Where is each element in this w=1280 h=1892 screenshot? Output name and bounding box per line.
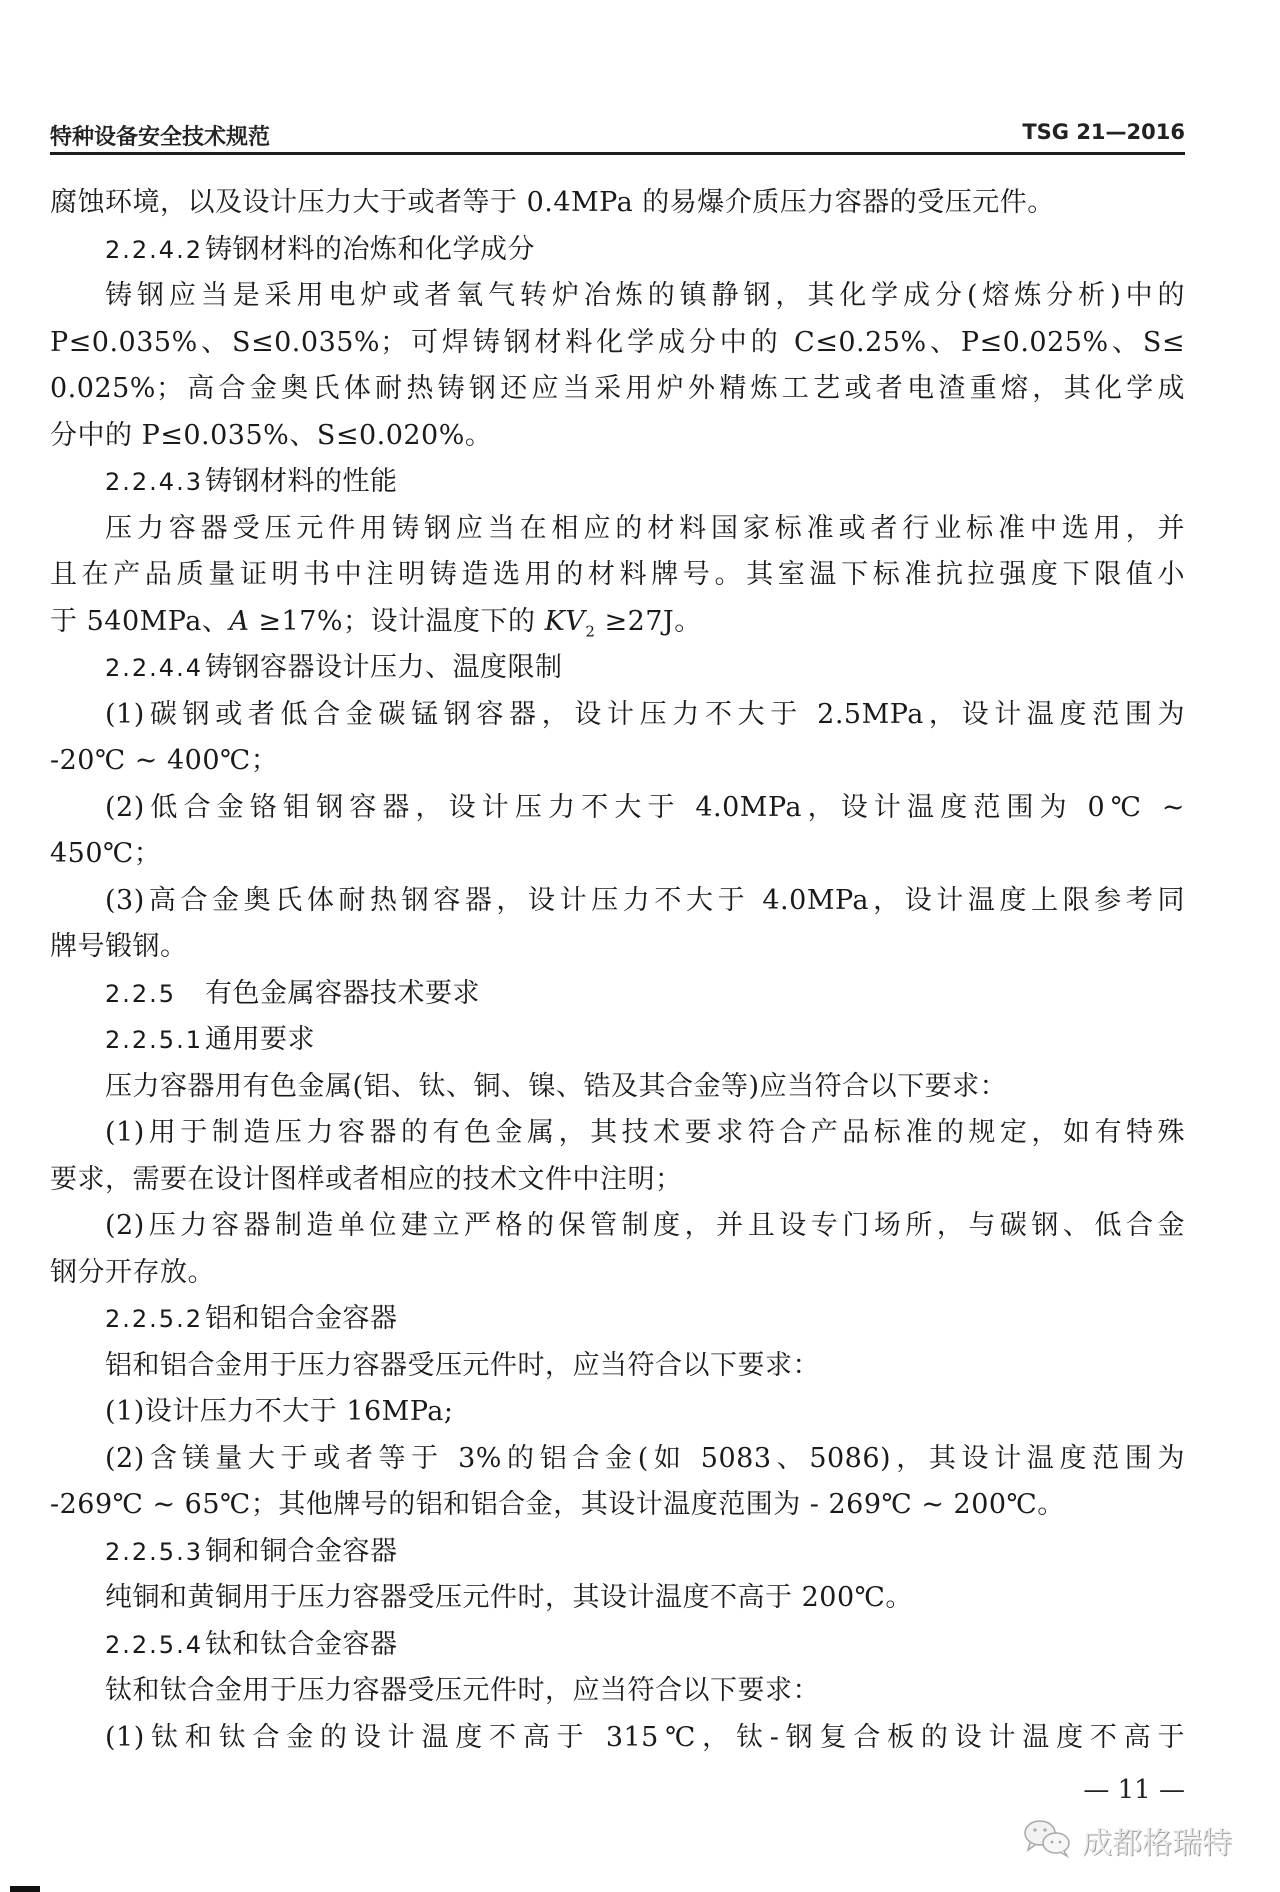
paragraph-line: 钛和钛合金用于压力容器受压元件时，应当符合以下要求：: [50, 1668, 1185, 1715]
section-number: 2.2.4.2: [105, 227, 205, 274]
text-run: 于 540MPa、: [50, 606, 229, 637]
section-title: 铸钢容器设计压力、温度限制: [205, 652, 563, 683]
paragraph-line: 腐蚀环境，以及设计压力大于或者等于 0.4MPa 的易爆介质压力容器的受压元件。: [50, 180, 1185, 227]
paragraph-line: -269℃ ~ 65℃；其他牌号的铝和铝合金，其设计温度范围为 - 269℃ ~…: [50, 1482, 1185, 1529]
paragraph-line: (3)高合金奥氏体耐热钢容器，设计压力不大于 4.0MPa，设计温度上限参考同: [50, 878, 1185, 925]
paragraph-line: 且在产品质量证明书中注明铸造选用的材料牌号。其室温下标准抗拉强度下限值小: [50, 552, 1185, 599]
section-heading-2-2-4-2: 2.2.4.2铸钢材料的冶炼和化学成分: [50, 227, 1185, 274]
paragraph-line: 于 540MPa、A ≥17%；设计温度下的 KV2 ≥27J。: [50, 599, 1185, 646]
paragraph-line: (2)压力容器制造单位建立严格的保管制度，并且设专门场所，与碳钢、低合金: [50, 1203, 1185, 1250]
section-title: 通用要求: [205, 1024, 315, 1055]
paragraph-line: 纯铜和黄铜用于压力容器受压元件时，其设计温度不高于 200℃。: [50, 1575, 1185, 1622]
section-title: 铸钢材料的冶炼和化学成分: [205, 234, 535, 265]
paragraph-line: 铸钢应当是采用电炉或者氧气转炉冶炼的镇静钢，其化学成分(熔炼分析)中的: [50, 273, 1185, 320]
header-title: 特种设备安全技术规范: [50, 120, 270, 151]
section-title: 铸钢材料的性能: [205, 466, 398, 497]
section-number: 2.2.4.3: [105, 459, 205, 506]
watermark: 成都格瑞特: [1022, 1820, 1232, 1860]
paragraph-line: 要求，需要在设计图样或者相应的技术文件中注明；: [50, 1157, 1185, 1204]
paragraph-line: 牌号锻钢。: [50, 924, 1185, 971]
page-body: 腐蚀环境，以及设计压力大于或者等于 0.4MPa 的易爆介质压力容器的受压元件。…: [50, 180, 1185, 1761]
section-title: 有色金属容器技术要求: [205, 978, 480, 1009]
symbol-impact-energy: KV: [545, 606, 586, 637]
watermark-text: 成都格瑞特: [1082, 1818, 1232, 1862]
section-number: 2.2.5.3: [105, 1529, 205, 1576]
paragraph-line: (2)含镁量大于或者等于 3%的铝合金(如 5083、5086)，其设计温度范围…: [50, 1436, 1185, 1483]
section-heading-2-2-5-3: 2.2.5.3铜和铜合金容器: [50, 1529, 1185, 1576]
header-standard-code: TSG 21—2016: [1022, 120, 1185, 144]
wechat-icon: [1022, 1818, 1074, 1862]
paragraph-line: 钢分开存放。: [50, 1250, 1185, 1297]
section-heading-2-2-4-4: 2.2.4.4铸钢容器设计压力、温度限制: [50, 645, 1185, 692]
section-number: 2.2.5.1: [105, 1017, 205, 1064]
paragraph-line: (2)低合金铬钼钢容器，设计压力不大于 4.0MPa，设计温度范围为 0℃ ~: [50, 785, 1185, 832]
paragraph-line: 铝和铝合金用于压力容器受压元件时，应当符合以下要求：: [50, 1343, 1185, 1390]
section-heading-2-2-4-3: 2.2.4.3铸钢材料的性能: [50, 459, 1185, 506]
section-number: 2.2.5.2: [105, 1296, 205, 1343]
paragraph-line: 分中的 P≤0.035%、S≤0.020%。: [50, 413, 1185, 460]
paragraph-line: 压力容器用有色金属(铝、钛、铜、镍、锆及其合金等)应当符合以下要求：: [50, 1064, 1185, 1111]
section-heading-2-2-5: 2.2.5有色金属容器技术要求: [50, 971, 1185, 1018]
paragraph-line: (1)设计压力不大于 16MPa;: [50, 1389, 1185, 1436]
paragraph-line: -20℃ ~ 400℃；: [50, 738, 1185, 785]
section-heading-2-2-5-2: 2.2.5.2铝和铝合金容器: [50, 1296, 1185, 1343]
section-heading-2-2-5-1: 2.2.5.1通用要求: [50, 1017, 1185, 1064]
section-title: 铝和铝合金容器: [205, 1303, 398, 1334]
paragraph-line: 0.025%；高合金奥氏体耐热铸钢还应当采用炉外精炼工艺或者电渣重熔，其化学成: [50, 366, 1185, 413]
section-title: 钛和钛合金容器: [205, 1629, 398, 1660]
section-number: 2.2.4.4: [105, 645, 205, 692]
paragraph-line: 450℃；: [50, 831, 1185, 878]
scan-artifact: [10, 1886, 40, 1892]
subscript: 2: [585, 622, 595, 640]
paragraph-line: (1)用于制造压力容器的有色金属，其技术要求符合产品标准的规定，如有特殊: [50, 1110, 1185, 1157]
header-rule: [50, 152, 1185, 155]
paragraph-line: (1)钛和钛合金的设计温度不高于 315℃，钛-钢复合板的设计温度不高于: [50, 1715, 1185, 1762]
symbol-elongation: A: [229, 606, 249, 637]
paragraph-line: 压力容器受压元件用铸钢应当在相应的材料国家标准或者行业标准中选用，并: [50, 506, 1185, 553]
page-number: — 11 —: [1083, 1775, 1185, 1805]
section-number: 2.2.5: [105, 971, 205, 1018]
running-header: 特种设备安全技术规范 TSG 21—2016: [50, 120, 1185, 152]
section-number: 2.2.5.4: [105, 1622, 205, 1669]
text-run: ≥27J。: [595, 606, 701, 637]
paragraph-line: (1)碳钢或者低合金碳锰钢容器，设计压力不大于 2.5MPa，设计温度范围为: [50, 692, 1185, 739]
section-title: 铜和铜合金容器: [205, 1536, 398, 1567]
text-run: ≥17%；设计温度下的: [249, 606, 544, 637]
paragraph-line: P≤0.035%、S≤0.035%；可焊铸钢材料化学成分中的 C≤0.25%、P…: [50, 320, 1185, 367]
section-heading-2-2-5-4: 2.2.5.4钛和钛合金容器: [50, 1622, 1185, 1669]
